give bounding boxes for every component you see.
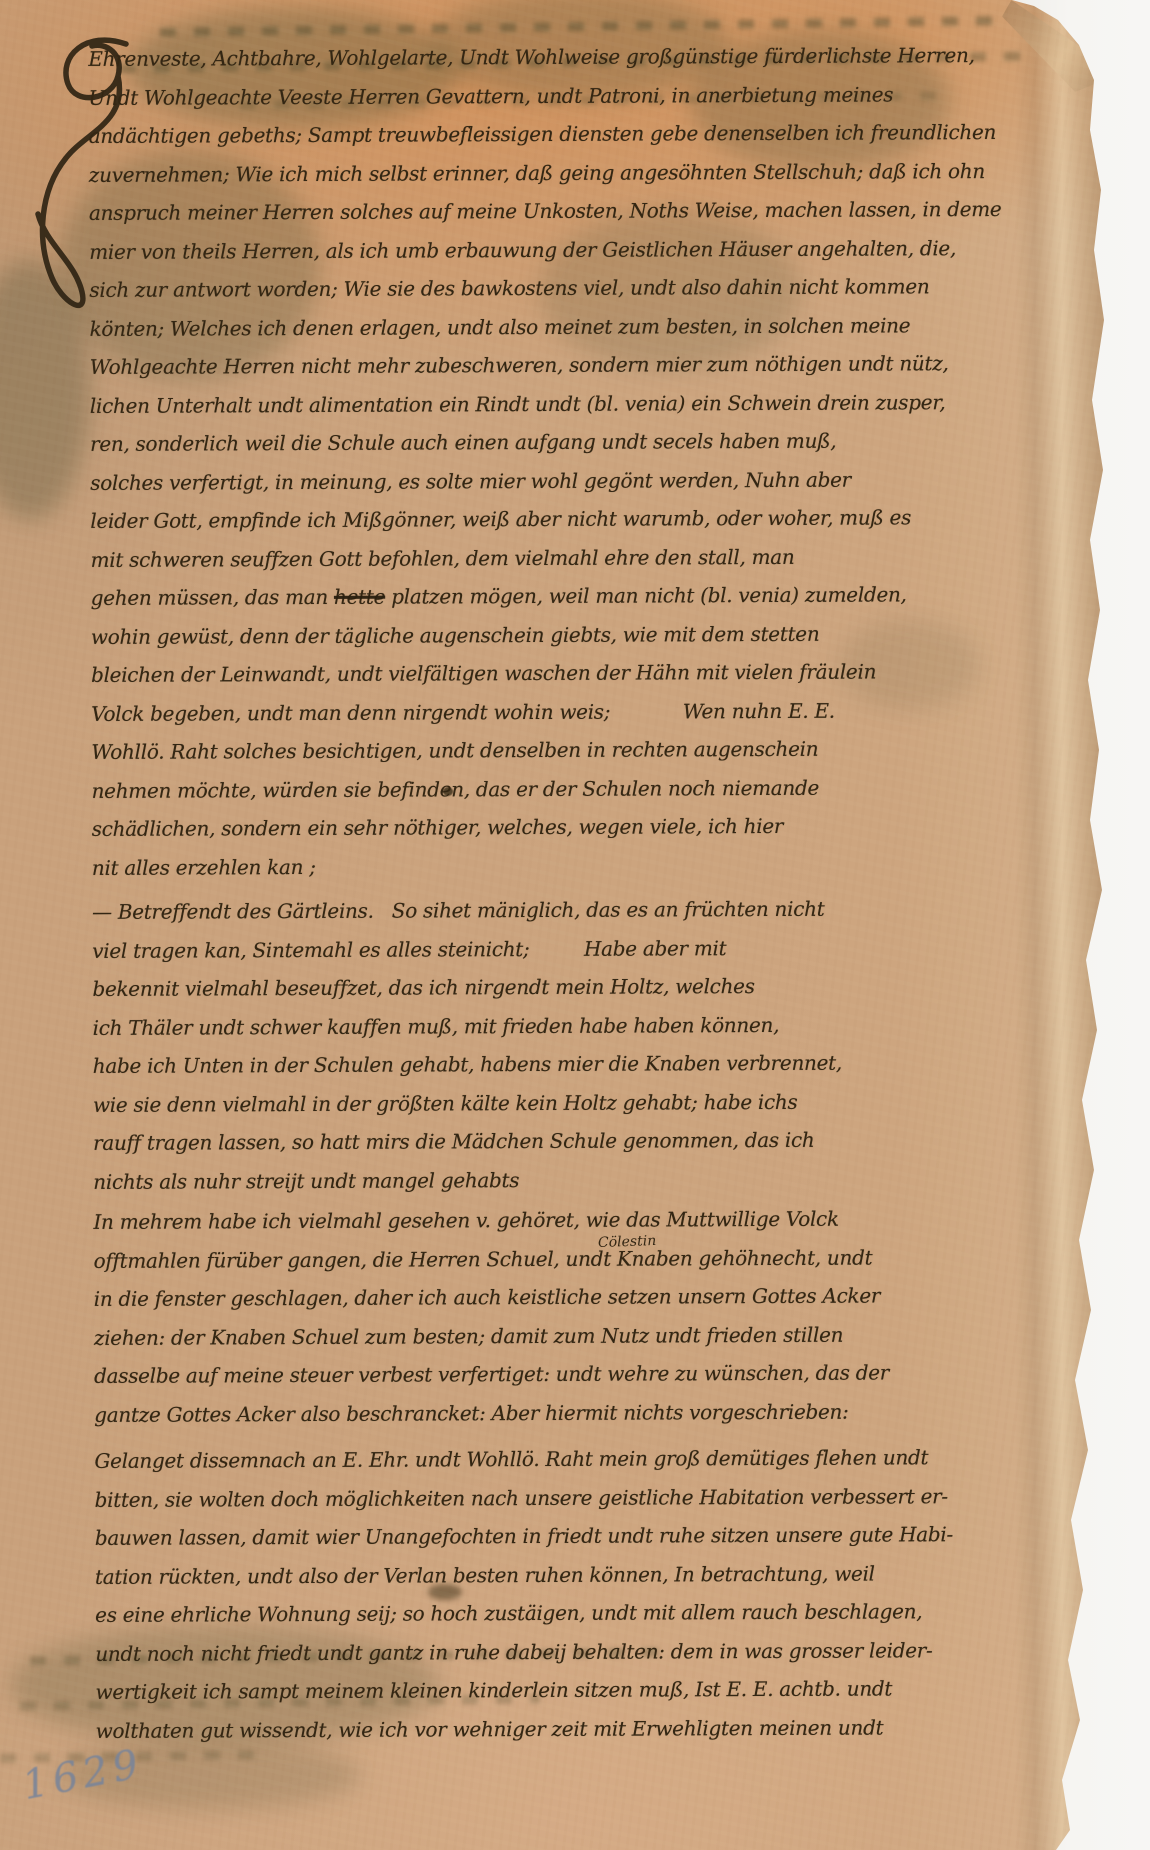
manuscript-line: leider Gott, empfinde ich Mißgönner, wei… <box>90 498 970 540</box>
manuscript-line: gehen müssen, das man hette platzen möge… <box>91 575 971 617</box>
interlinear-insertion: Cölestin <box>598 1233 657 1251</box>
manuscript-line: schädlichen, sondern ein sehr nöthiger, … <box>92 806 972 848</box>
manuscript-line: bitten, sie wolten doch möglichkeiten na… <box>95 1477 975 1519</box>
manuscript-line: habe ich Unten in der Schulen gehabt, ha… <box>93 1043 973 1085</box>
scanned-manuscript: { "document": { "kind": "Handwritten let… <box>0 0 1150 1850</box>
manuscript-line: viel tragen kan, Sintemahl es alles stei… <box>92 928 972 970</box>
manuscript-line: bekennit vielmahl beseuffzet, das ich ni… <box>92 966 972 1008</box>
manuscript-line: undt noch nicht friedt undt gantz in ruh… <box>95 1631 975 1673</box>
manuscript-line: Volck begeben, undt man denn nirgendt wo… <box>91 691 971 733</box>
manuscript-line: zuvernehmen; Wie ich mich selbst erinner… <box>89 152 969 194</box>
manuscript-line: nehmen möchte, würden sie befinden, das … <box>91 768 971 810</box>
manuscript-line: ich Thäler undt schwer kauffen muß, mit … <box>92 1005 972 1047</box>
manuscript-line: tation rückten, undt also der Verlan bes… <box>95 1554 975 1596</box>
manuscript-line: anspruch meiner Herren solches auf meine… <box>89 190 969 232</box>
manuscript-line: Gelanget dissemnach an E. Ehr. undt Wohl… <box>94 1438 974 1480</box>
bleedthrough-writing <box>160 16 1000 37</box>
manuscript-line: mit schweren seuffzen Gott befohlen, dem… <box>90 537 970 579</box>
manuscript-line: Wohlgeachte Herren nicht mehr zubeschwer… <box>90 344 970 386</box>
manuscript-line: dasselbe auf meine steuer verbest verfer… <box>94 1353 974 1395</box>
manuscript-line: wolthaten gut wissendt, wie ich vor wehn… <box>96 1708 976 1750</box>
manuscript-paragraph: In mehrem habe ich vielmahl gesehen v. g… <box>93 1199 974 1434</box>
manuscript-line: wie sie denn vielmahl in der größten käl… <box>93 1082 973 1124</box>
manuscript-line: Wohllö. Raht solches besichtigen, undt d… <box>91 729 971 771</box>
manuscript-text: Ehrenveste, Achtbahre, Wohlgelarte, Undt… <box>88 36 975 1750</box>
manuscript-line: bauwen lassen, damit wier Unangefochten … <box>95 1515 975 1557</box>
paper-corner-fold <box>1002 0 1120 92</box>
manuscript-line: könten; Welches ich denen erlagen, undt … <box>89 306 969 348</box>
manuscript-line: es eine ehrliche Wohnung seij; so hoch z… <box>95 1592 975 1634</box>
manuscript-line: gantze Gottes Acker also beschrancket: A… <box>94 1392 974 1434</box>
manuscript-line: lichen Unterhalt undt alimentation ein R… <box>90 383 970 425</box>
manuscript-line: rauff tragen lassen, so hatt mirs die Mä… <box>93 1120 973 1162</box>
manuscript-line: solches verfertigt, in meinung, es solte… <box>90 460 970 502</box>
manuscript-line: bleichen der Leinwandt, undt vielfältige… <box>91 652 971 694</box>
manuscript-line: ziehen: der Knaben Schuel zum besten; da… <box>94 1315 974 1357</box>
manuscript-line: sich zur antwort worden; Wie sie des baw… <box>89 267 969 309</box>
manuscript-line: mier von theils Herren, als ich umb erba… <box>89 229 969 271</box>
manuscript-paragraph: Ehrenveste, Achtbahre, Wohlgelarte, Undt… <box>88 36 972 887</box>
manuscript-line: offtmahlen fürüber gangen, die Herren Sc… <box>94 1238 974 1280</box>
manuscript-paragraph: Gelanget dissemnach an E. Ehr. undt Wohl… <box>94 1438 975 1750</box>
manuscript-line: nit alles erzehlen kan ; <box>92 845 972 887</box>
manuscript-paragraph: — Betreffendt des Gärtleins. So sihet mä… <box>92 889 973 1201</box>
manuscript-line: wohin gewüst, denn der tägliche augensch… <box>91 614 971 656</box>
manuscript-line: ren, sonderlich weil die Schule auch ein… <box>90 421 970 463</box>
manuscript-line: andächtigen gebeths; Sampt treuwbefleiss… <box>89 113 969 155</box>
manuscript-line: Ehrenveste, Achtbahre, Wohlgelarte, Undt… <box>88 36 968 78</box>
manuscript-line: wertigkeit ich sampt meinem kleinen kind… <box>95 1669 975 1711</box>
manuscript-line: — Betreffendt des Gärtleins. So sihet mä… <box>92 889 972 931</box>
manuscript-line: in die fenster geschlagen, daher ich auc… <box>94 1276 974 1318</box>
manuscript-line: In mehrem habe ich vielmahl gesehen v. g… <box>93 1199 973 1241</box>
manuscript-line: nichts als nuhr streijt undt mangel geha… <box>93 1159 973 1201</box>
manuscript-line: Undt Wohlgeachte Veeste Herren Gevattern… <box>88 75 968 117</box>
